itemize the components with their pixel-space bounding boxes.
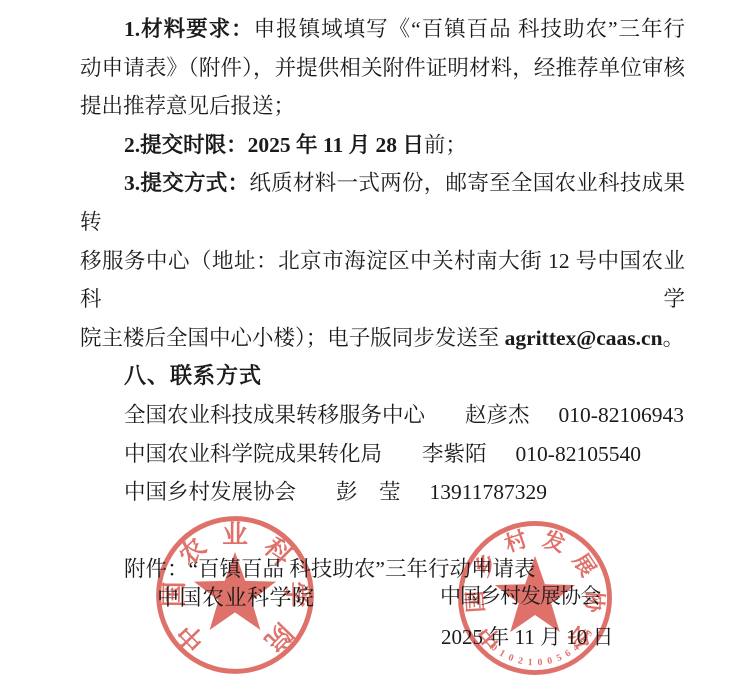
clause-text: 移服务中心（地址：北京市海淀区中关村南大街 12 号中国农业科学	[80, 249, 685, 312]
signer-org-right: 中国乡村发展协会	[440, 580, 600, 610]
deadline-line: 2.提交时限：2025 年 11 月 28 日前；	[80, 126, 685, 165]
submission-method-line-3: 院主楼后全国中心小楼）；电子版同步发送至 agrittex@caas.cn。	[80, 319, 685, 358]
contact-row: 全国农业科技成果转移服务中心赵彦杰010-82106943	[80, 396, 685, 435]
contact-person: 赵彦杰	[465, 403, 530, 427]
material-requirements-line-1: 1.材料要求：申报镇域填写《“百镇百品 科技助农”三年行	[80, 10, 685, 49]
clause-text: 申报镇域填写《“百镇百品 科技助农”三年行	[254, 17, 685, 41]
contact-person: 李紫陌	[422, 442, 487, 466]
section-heading-contact: 八、联系方式	[80, 357, 685, 396]
scanned-letter-page: { "document": { "para1": { "l1": { "lead…	[0, 0, 745, 695]
clause-text: 。	[663, 326, 685, 350]
contact-row: 中国乡村发展协会彭 莹13911787329	[80, 473, 685, 512]
contact-phone: 010-82106943	[559, 403, 684, 427]
svg-text:院: 院	[259, 618, 298, 657]
clause-text: 院主楼后全国中心小楼）；电子版同步发送至	[80, 326, 505, 350]
contact-row: 中国农业科学院成果转化局李紫陌010-82105540	[80, 435, 685, 474]
clause-lead: 2.提交时限：	[124, 133, 248, 157]
submission-method-line-1: 3.提交方式：纸质材料一式两份，邮寄至全国农业科技成果转	[80, 164, 685, 241]
clause-text: 动申请表》（附件），并提供相关附件证明材料，经推荐单位审核	[80, 56, 685, 80]
contact-phone: 010-82105540	[516, 442, 641, 466]
contact-person: 彭 莹	[336, 480, 401, 504]
svg-text:1: 1	[527, 657, 533, 668]
deadline-date: 2025 年 11 月 28 日	[248, 133, 424, 157]
svg-text:中: 中	[172, 618, 211, 657]
svg-text:2: 2	[517, 655, 524, 667]
svg-text:5: 5	[555, 652, 564, 664]
material-requirements-line-3: 提出推荐意见后报送；	[80, 87, 685, 126]
svg-text:0: 0	[506, 652, 515, 664]
contact-org: 中国农业科学院成果转化局	[124, 442, 382, 466]
clause-text: 前；	[424, 133, 467, 157]
email-address: agrittex@caas.cn	[505, 326, 663, 350]
letter-body: 1.材料要求：申报镇域填写《“百镇百品 科技助农”三年行 动申请表》（附件），并…	[80, 10, 685, 589]
blank-line	[80, 512, 685, 551]
signer-org-left: 中国农业科学院	[157, 581, 315, 612]
svg-text:0: 0	[546, 655, 553, 667]
signature-date: 2025 年 11 月 10 日	[441, 621, 613, 651]
clause-text: 提出推荐意见后报送；	[80, 94, 295, 118]
clause-lead: 1.材料要求：	[124, 17, 254, 41]
submission-method-line-2: 移服务中心（地址：北京市海淀区中关村南大街 12 号中国农业科学	[80, 242, 685, 319]
contact-phone: 13911787329	[430, 480, 547, 504]
svg-text:0: 0	[537, 657, 543, 668]
contact-org: 全国农业科技成果转移服务中心	[124, 403, 425, 427]
clause-lead: 3.提交方式：	[124, 171, 249, 195]
contact-org: 中国乡村发展协会	[124, 480, 296, 504]
material-requirements-line-2: 动申请表》（附件），并提供相关附件证明材料，经推荐单位审核	[80, 49, 685, 88]
